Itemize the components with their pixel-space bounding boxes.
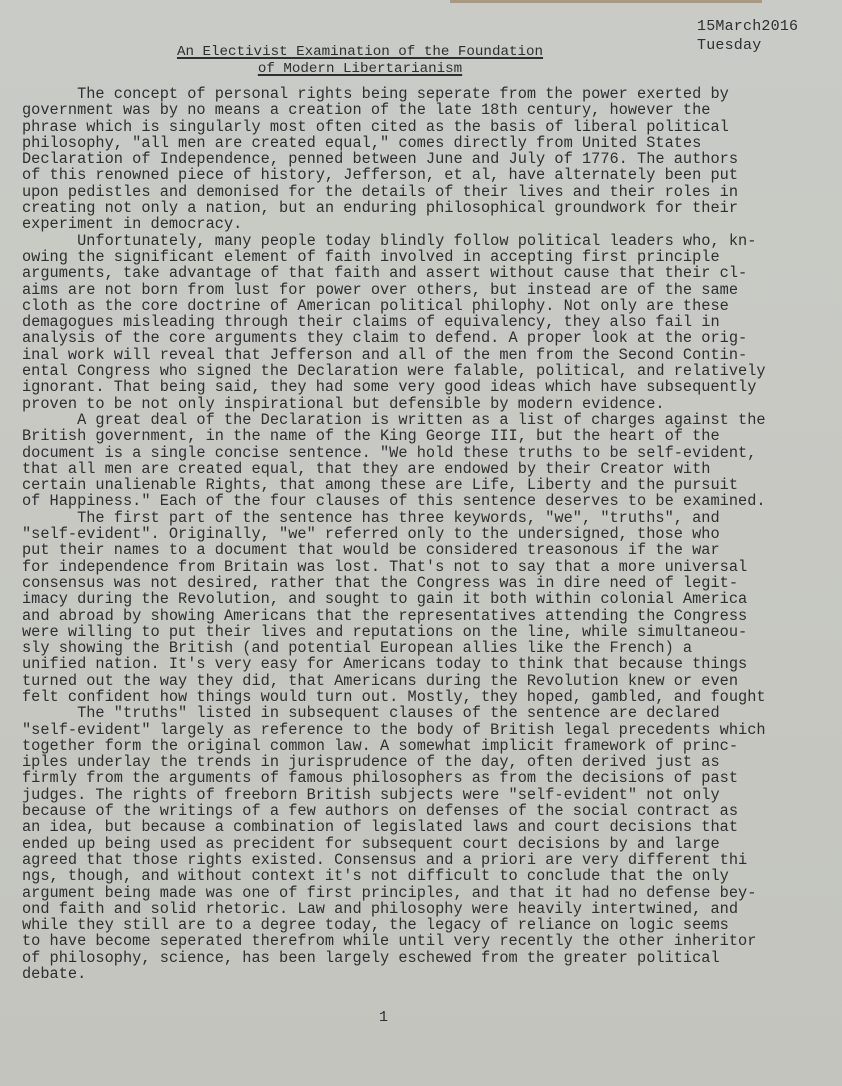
text-line: to have become seperated therefrom while… xyxy=(22,933,834,949)
paper-edge-strip xyxy=(450,0,762,3)
text-line: turned out the way they did, that Americ… xyxy=(22,673,834,689)
date: 15March2016 xyxy=(697,17,798,36)
text-line: The concept of personal rights being sep… xyxy=(22,86,834,102)
text-line: "self-evident" largely as reference to t… xyxy=(22,722,834,738)
body-text: The concept of personal rights being sep… xyxy=(22,86,834,982)
text-line: ended up being used as precident for sub… xyxy=(22,836,834,852)
text-line: ond faith and solid rhetoric. Law and ph… xyxy=(22,901,834,917)
text-line: felt confident how things would turn out… xyxy=(22,689,834,705)
text-line: certain unalienable Rights, that among t… xyxy=(22,477,834,493)
text-line: unified nation. It's very easy for Ameri… xyxy=(22,656,834,672)
text-line: ental Congress who signed the Declaratio… xyxy=(22,363,834,379)
text-line: government was by no means a creation of… xyxy=(22,102,834,118)
text-line: proven to be not only inspirational but … xyxy=(22,396,834,412)
text-line: were willing to put their lives and repu… xyxy=(22,624,834,640)
weekday: Tuesday xyxy=(697,36,798,55)
text-line: an idea, but because a combination of le… xyxy=(22,819,834,835)
page-number: 1 xyxy=(379,1009,388,1026)
text-line: of this renowned piece of history, Jeffe… xyxy=(22,167,834,183)
text-line: of Happiness." Each of the four clauses … xyxy=(22,493,834,509)
text-line: of philosophy, science, has been largely… xyxy=(22,950,834,966)
title-line-2: of Modern Libertarianism xyxy=(258,61,462,77)
text-line: iples underlay the trends in jurispruden… xyxy=(22,754,834,770)
text-line: A great deal of the Declaration is writt… xyxy=(22,412,834,428)
text-line: firmly from the arguments of famous phil… xyxy=(22,770,834,786)
text-line: The "truths" listed in subsequent clause… xyxy=(22,705,834,721)
text-line: document is a single concise sentence. "… xyxy=(22,445,834,461)
text-line: and abroad by showing Americans that the… xyxy=(22,608,834,624)
text-line: upon pedistles and demonised for the det… xyxy=(22,184,834,200)
text-line: phrase which is singularly most often ci… xyxy=(22,119,834,135)
text-line: for independence from Britain was lost. … xyxy=(22,559,834,575)
text-line: ignorant. That being said, they had some… xyxy=(22,379,834,395)
text-line: analysis of the core arguments they clai… xyxy=(22,330,834,346)
text-line: while they still are to a degree today, … xyxy=(22,917,834,933)
text-line: agreed that those rights existed. Consen… xyxy=(22,852,834,868)
text-line: consensus was not desired, rather that t… xyxy=(22,575,834,591)
text-line: that all men are created equal, that the… xyxy=(22,461,834,477)
text-line: Declaration of Independence, penned betw… xyxy=(22,151,834,167)
text-line: cloth as the core doctrine of American p… xyxy=(22,298,834,314)
text-line: inal work will reveal that Jefferson and… xyxy=(22,347,834,363)
text-line: owing the significant element of faith i… xyxy=(22,249,834,265)
text-line: arguments, take advantage of that faith … xyxy=(22,265,834,281)
text-line: imacy during the Revolution, and sought … xyxy=(22,591,834,607)
text-line: "self-evident". Originally, "we" referre… xyxy=(22,526,834,542)
text-line: demagogues misleading through their clai… xyxy=(22,314,834,330)
text-line: aims are not born from lust for power ov… xyxy=(22,282,834,298)
text-line: philosophy, "all men are created equal,"… xyxy=(22,135,834,151)
text-line: Unfortunately, many people today blindly… xyxy=(22,233,834,249)
text-line: put their names to a document that would… xyxy=(22,542,834,558)
text-line: sly showing the British (and potential E… xyxy=(22,640,834,656)
text-line: experiment in democracy. xyxy=(22,216,834,232)
document-title: An Electivist Examination of the Foundat… xyxy=(150,44,570,78)
text-line: judges. The rights of freeborn British s… xyxy=(22,787,834,803)
text-line: ngs, though, and without context it's no… xyxy=(22,868,834,884)
text-line: The first part of the sentence has three… xyxy=(22,510,834,526)
text-line: together form the original common law. A… xyxy=(22,738,834,754)
text-line: British government, in the name of the K… xyxy=(22,428,834,444)
text-line: creating not only a nation, but an endur… xyxy=(22,200,834,216)
title-line-1: An Electivist Examination of the Foundat… xyxy=(177,44,543,60)
text-line: debate. xyxy=(22,966,834,982)
text-line: argument being made was one of first pri… xyxy=(22,885,834,901)
date-block: 15March2016 Tuesday xyxy=(697,17,798,55)
text-line: because of the writings of a few authors… xyxy=(22,803,834,819)
